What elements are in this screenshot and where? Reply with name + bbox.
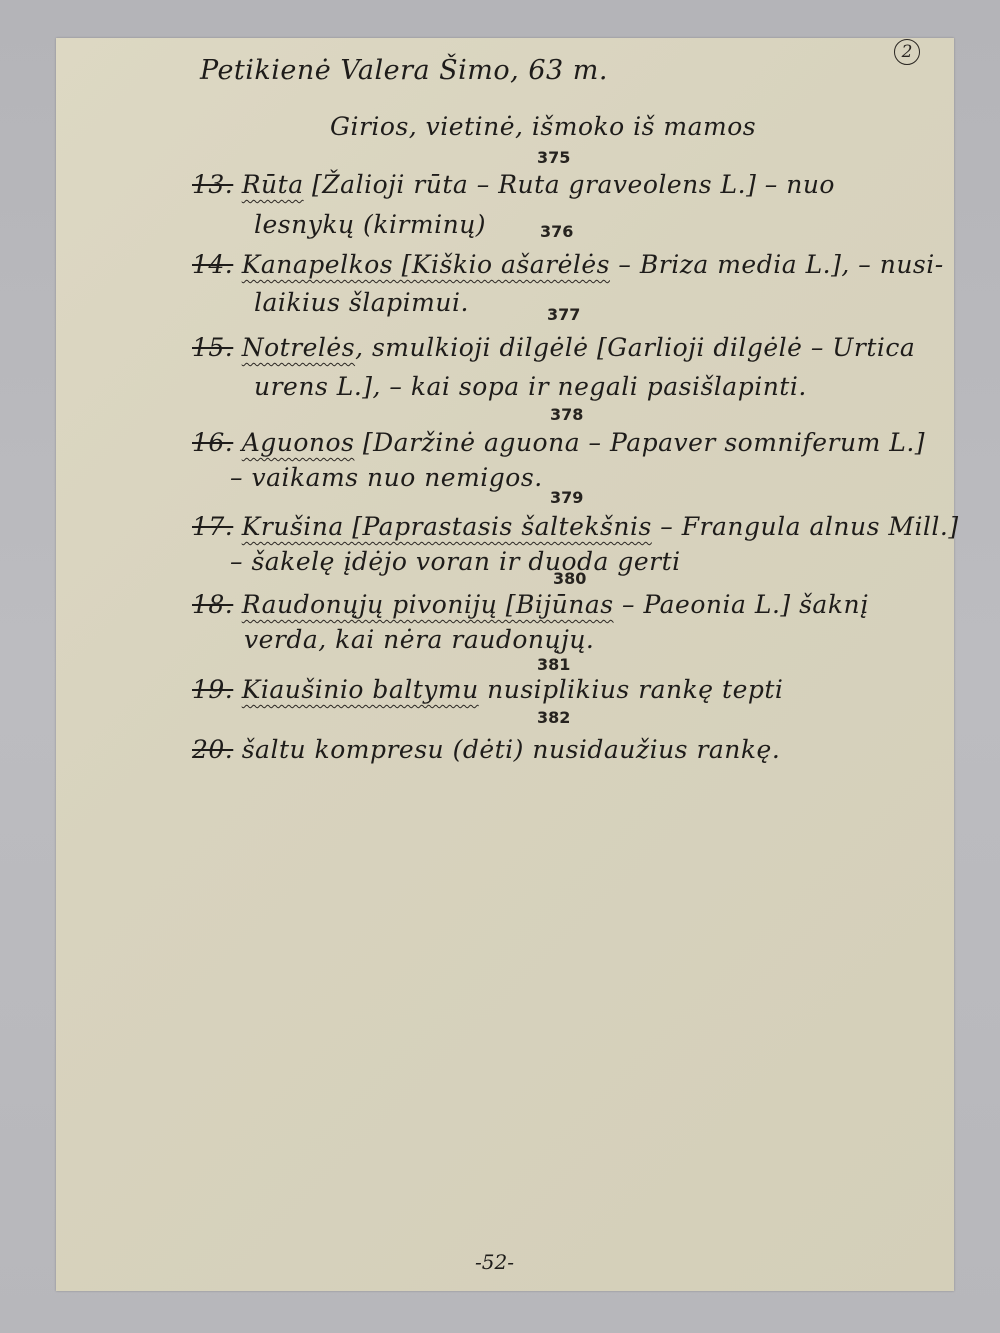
entry-line: 13. Rūta [Žalioji rūta – Ruta graveolens… xyxy=(192,170,835,199)
entry-continuation: urens L.], – kai sopa ir negali pasišlap… xyxy=(254,372,807,401)
catalog-number: 378 xyxy=(550,405,583,424)
manuscript-page xyxy=(56,38,954,1291)
entry-text: [Daržinė aguona – Papaver somniferum L.] xyxy=(354,428,925,457)
catalog-number: 382 xyxy=(537,708,570,727)
entry-continuation: verda, kai nėra raudonųjų. xyxy=(244,625,594,654)
catalog-number: 381 xyxy=(537,655,570,674)
entry-number: 20. xyxy=(192,735,233,764)
entry-line: 19. Kiaušinio baltymu nusiplikius rankę … xyxy=(192,675,783,704)
catalog-number: 379 xyxy=(550,488,583,507)
entry-plant-name: Notrelės xyxy=(242,333,355,362)
entry-number: 18. xyxy=(192,590,233,619)
informant-line: Petikienė Valera Šimo, 63 m. xyxy=(200,55,608,86)
catalog-number: 377 xyxy=(547,305,580,324)
entry-number: 15. xyxy=(192,333,233,362)
entry-number: 19. xyxy=(192,675,233,704)
entry-plant-name: Kanapelkos [Kiškio ašarėlės xyxy=(242,250,610,279)
page-badge: 2 xyxy=(894,39,920,65)
entry-line: 18. Raudonųjų pivonijų [Bijūnas – Paeoni… xyxy=(192,590,869,619)
entry-text: – Paeonia L.] šaknį xyxy=(614,590,869,619)
entry-line: 14. Kanapelkos [Kiškio ašarėlės – Briza … xyxy=(192,250,944,279)
entry-number: 16. xyxy=(192,428,233,457)
page-number: -52- xyxy=(475,1250,514,1274)
entry-text: , smulkioji dilgėlė [Garlioji dilgėlė – … xyxy=(355,333,915,362)
entry-plant-name: Aguonos xyxy=(242,428,355,457)
entry-continuation: laikius šlapimui. xyxy=(254,288,469,317)
entry-text: – Frangula alnus Mill.] xyxy=(652,512,959,541)
entry-plant-name: Raudonųjų pivonijų [Bijūnas xyxy=(242,590,614,619)
entry-text: šaltu kompresu (dėti) nusidaužius rankę. xyxy=(242,735,781,764)
entry-line: 15. Notrelės, smulkioji dilgėlė [Garlioj… xyxy=(192,333,915,362)
entry-line: 16. Aguonos [Daržinė aguona – Papaver so… xyxy=(192,428,925,457)
entry-plant-name: Kiaušinio baltymu xyxy=(242,675,479,704)
entry-number: 13. xyxy=(192,170,233,199)
entry-continuation: lesnykų (kirminų) xyxy=(254,210,486,239)
catalog-number: 376 xyxy=(540,222,573,241)
entry-plant-name: Krušina [Paprastasis šaltekšnis xyxy=(242,512,652,541)
source-line: Girios, vietinė, išmoko iš mamos xyxy=(330,112,756,141)
catalog-number: 380 xyxy=(553,569,586,588)
entry-text: [Žalioji rūta – Ruta graveolens L.] – nu… xyxy=(304,170,835,199)
entry-line: 17. Krušina [Paprastasis šaltekšnis – Fr… xyxy=(192,512,959,541)
entry-number: 17. xyxy=(192,512,233,541)
entry-continuation: – šakelę įdėjo voran ir duoda gerti xyxy=(230,547,681,576)
entry-continuation: – vaikams nuo nemigos. xyxy=(230,463,543,492)
entry-text: nusiplikius rankę tepti xyxy=(479,675,784,704)
entry-line: 20. šaltu kompresu (dėti) nusidaužius ra… xyxy=(192,735,780,764)
catalog-number: 375 xyxy=(537,148,570,167)
entry-number: 14. xyxy=(192,250,233,279)
entry-text: – Briza media L.], – nusi- xyxy=(610,250,944,279)
entry-plant-name: Rūta xyxy=(242,170,304,199)
